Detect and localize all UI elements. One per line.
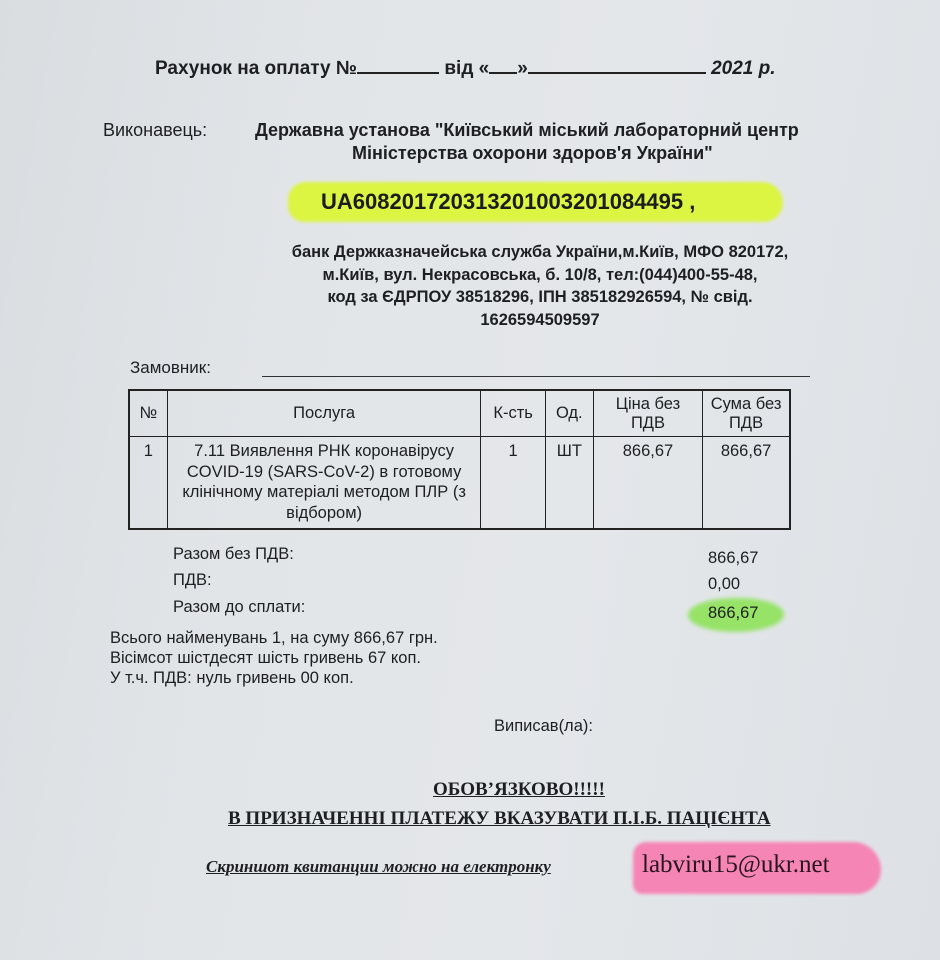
total-value: 866,67	[708, 604, 758, 623]
summary-line: У т.ч. ПДВ: нуль гривень 00 коп.	[110, 669, 354, 688]
bank-line: банк Держказначейська служба України,м.К…	[245, 241, 835, 264]
bank-line: м.Київ, вул. Некрасовська, б. 10/8, тел:…	[245, 264, 835, 287]
row-quantity: 1	[481, 437, 545, 530]
bank-details: банк Держказначейська служба України,м.К…	[245, 241, 835, 331]
row-service: 7.11 Виявлення РНК коронавірусу COVID-19…	[167, 437, 481, 530]
total-label: Разом до сплати:	[173, 598, 305, 617]
col-number: №	[129, 390, 167, 437]
executor-name-line2: Міністерства охорони здоров'я України"	[352, 143, 713, 164]
subtotal-value: 866,67	[708, 549, 758, 568]
signed-by-label: Виписав(ла):	[494, 717, 593, 736]
date-from-label: від «	[444, 58, 489, 79]
col-service: Послуга	[167, 390, 481, 437]
customer-label: Замовник:	[130, 358, 211, 378]
summary-line: Всього найменувань 1, на суму 866,67 грн…	[110, 629, 438, 648]
services-table: № Послуга К-сть Од. Ціна без ПДВ Сума бе…	[128, 389, 791, 530]
bank-line: код за ЄДРПОУ 38518296, ІПН 385182926594…	[245, 286, 835, 309]
subtotal-label: Разом без ПДВ:	[173, 545, 294, 564]
day-blank	[489, 58, 517, 74]
row-unit: ШТ	[545, 437, 593, 530]
summary-line: Вісімсот шістдесят шість гривень 67 коп.	[110, 649, 421, 668]
vat-value: 0,00	[708, 575, 740, 594]
invoice-title: Рахунок на оплату № від «» 2021 р.	[155, 58, 776, 80]
executor-label: Виконавець:	[103, 120, 207, 141]
col-sum: Сума без ПДВ	[703, 390, 790, 437]
col-price: Ціна без ПДВ	[593, 390, 702, 437]
notice-mandatory: ОБОВ’ЯЗКОВО!!!!!	[433, 779, 605, 801]
iban-number: UA608201720313201003201084495 ,	[321, 189, 695, 215]
date-close-quote: »	[517, 58, 528, 79]
notice-payment-purpose: В ПРИЗНАЧЕННІ ПЛАТЕЖУ ВКАЗУВАТИ П.І.Б. П…	[228, 808, 771, 830]
email-address[interactable]: labviru15@ukr.net	[642, 851, 830, 879]
invoice-number-blank	[357, 58, 439, 74]
executor-name-line1: Державна установа "Київський міський лаб…	[255, 120, 799, 141]
customer-field	[262, 376, 810, 377]
iban-block: UA608201720313201003201084495 ,	[288, 178, 788, 228]
col-unit: Од.	[545, 390, 593, 437]
row-number: 1	[129, 437, 167, 530]
month-blank	[528, 58, 706, 74]
col-quantity: К-сть	[481, 390, 545, 437]
table-header-row: № Послуга К-сть Од. Ціна без ПДВ Сума бе…	[129, 390, 790, 437]
vat-label: ПДВ:	[173, 571, 212, 590]
table-row: 1 7.11 Виявлення РНК коронавірусу COVID-…	[129, 437, 790, 530]
notice-screenshot: Скриншот квитанции можно на електронку	[206, 857, 551, 877]
row-price: 866,67	[593, 437, 702, 530]
bank-line: 1626594509597	[245, 309, 835, 332]
title-prefix: Рахунок на оплату №	[155, 58, 357, 79]
row-sum: 866,67	[703, 437, 790, 530]
year-label: 2021 р.	[711, 58, 775, 79]
